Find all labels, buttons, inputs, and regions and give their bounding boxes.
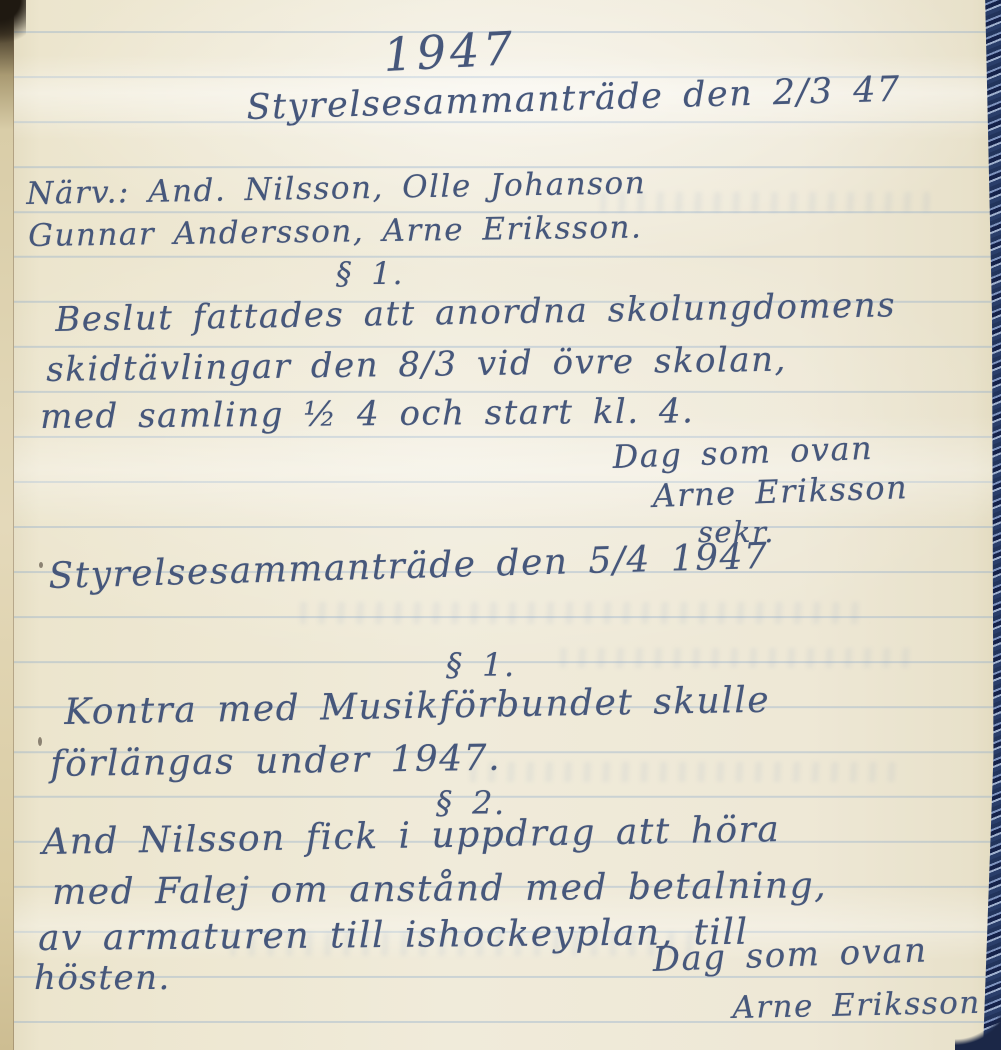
body-line: av armaturen till ishockeyplan, till (38, 912, 749, 959)
top-left-corner-shadow (0, 0, 26, 52)
ink-speck (38, 737, 42, 746)
bottom-right-cover-corner (955, 988, 1001, 1050)
body-line: förlängas under 1947. (50, 738, 501, 785)
body-line: med Falej om anstånd med betalning, (52, 865, 827, 913)
signature: Arne Eriksson (732, 985, 981, 1026)
ink-speck (39, 562, 43, 568)
paragraph-label: § 1. (336, 256, 404, 292)
year-heading: 1947 (382, 21, 518, 82)
body-line: med samling ½ 4 och start kl. 4. (40, 391, 694, 437)
notebook-page: 1947 Styrelsesammanträde den 2/3 47 Närv… (0, 0, 1001, 1050)
body-line: hösten. (34, 958, 171, 998)
left-page-edge (0, 0, 14, 1050)
paragraph-label: § 1. (446, 646, 516, 684)
